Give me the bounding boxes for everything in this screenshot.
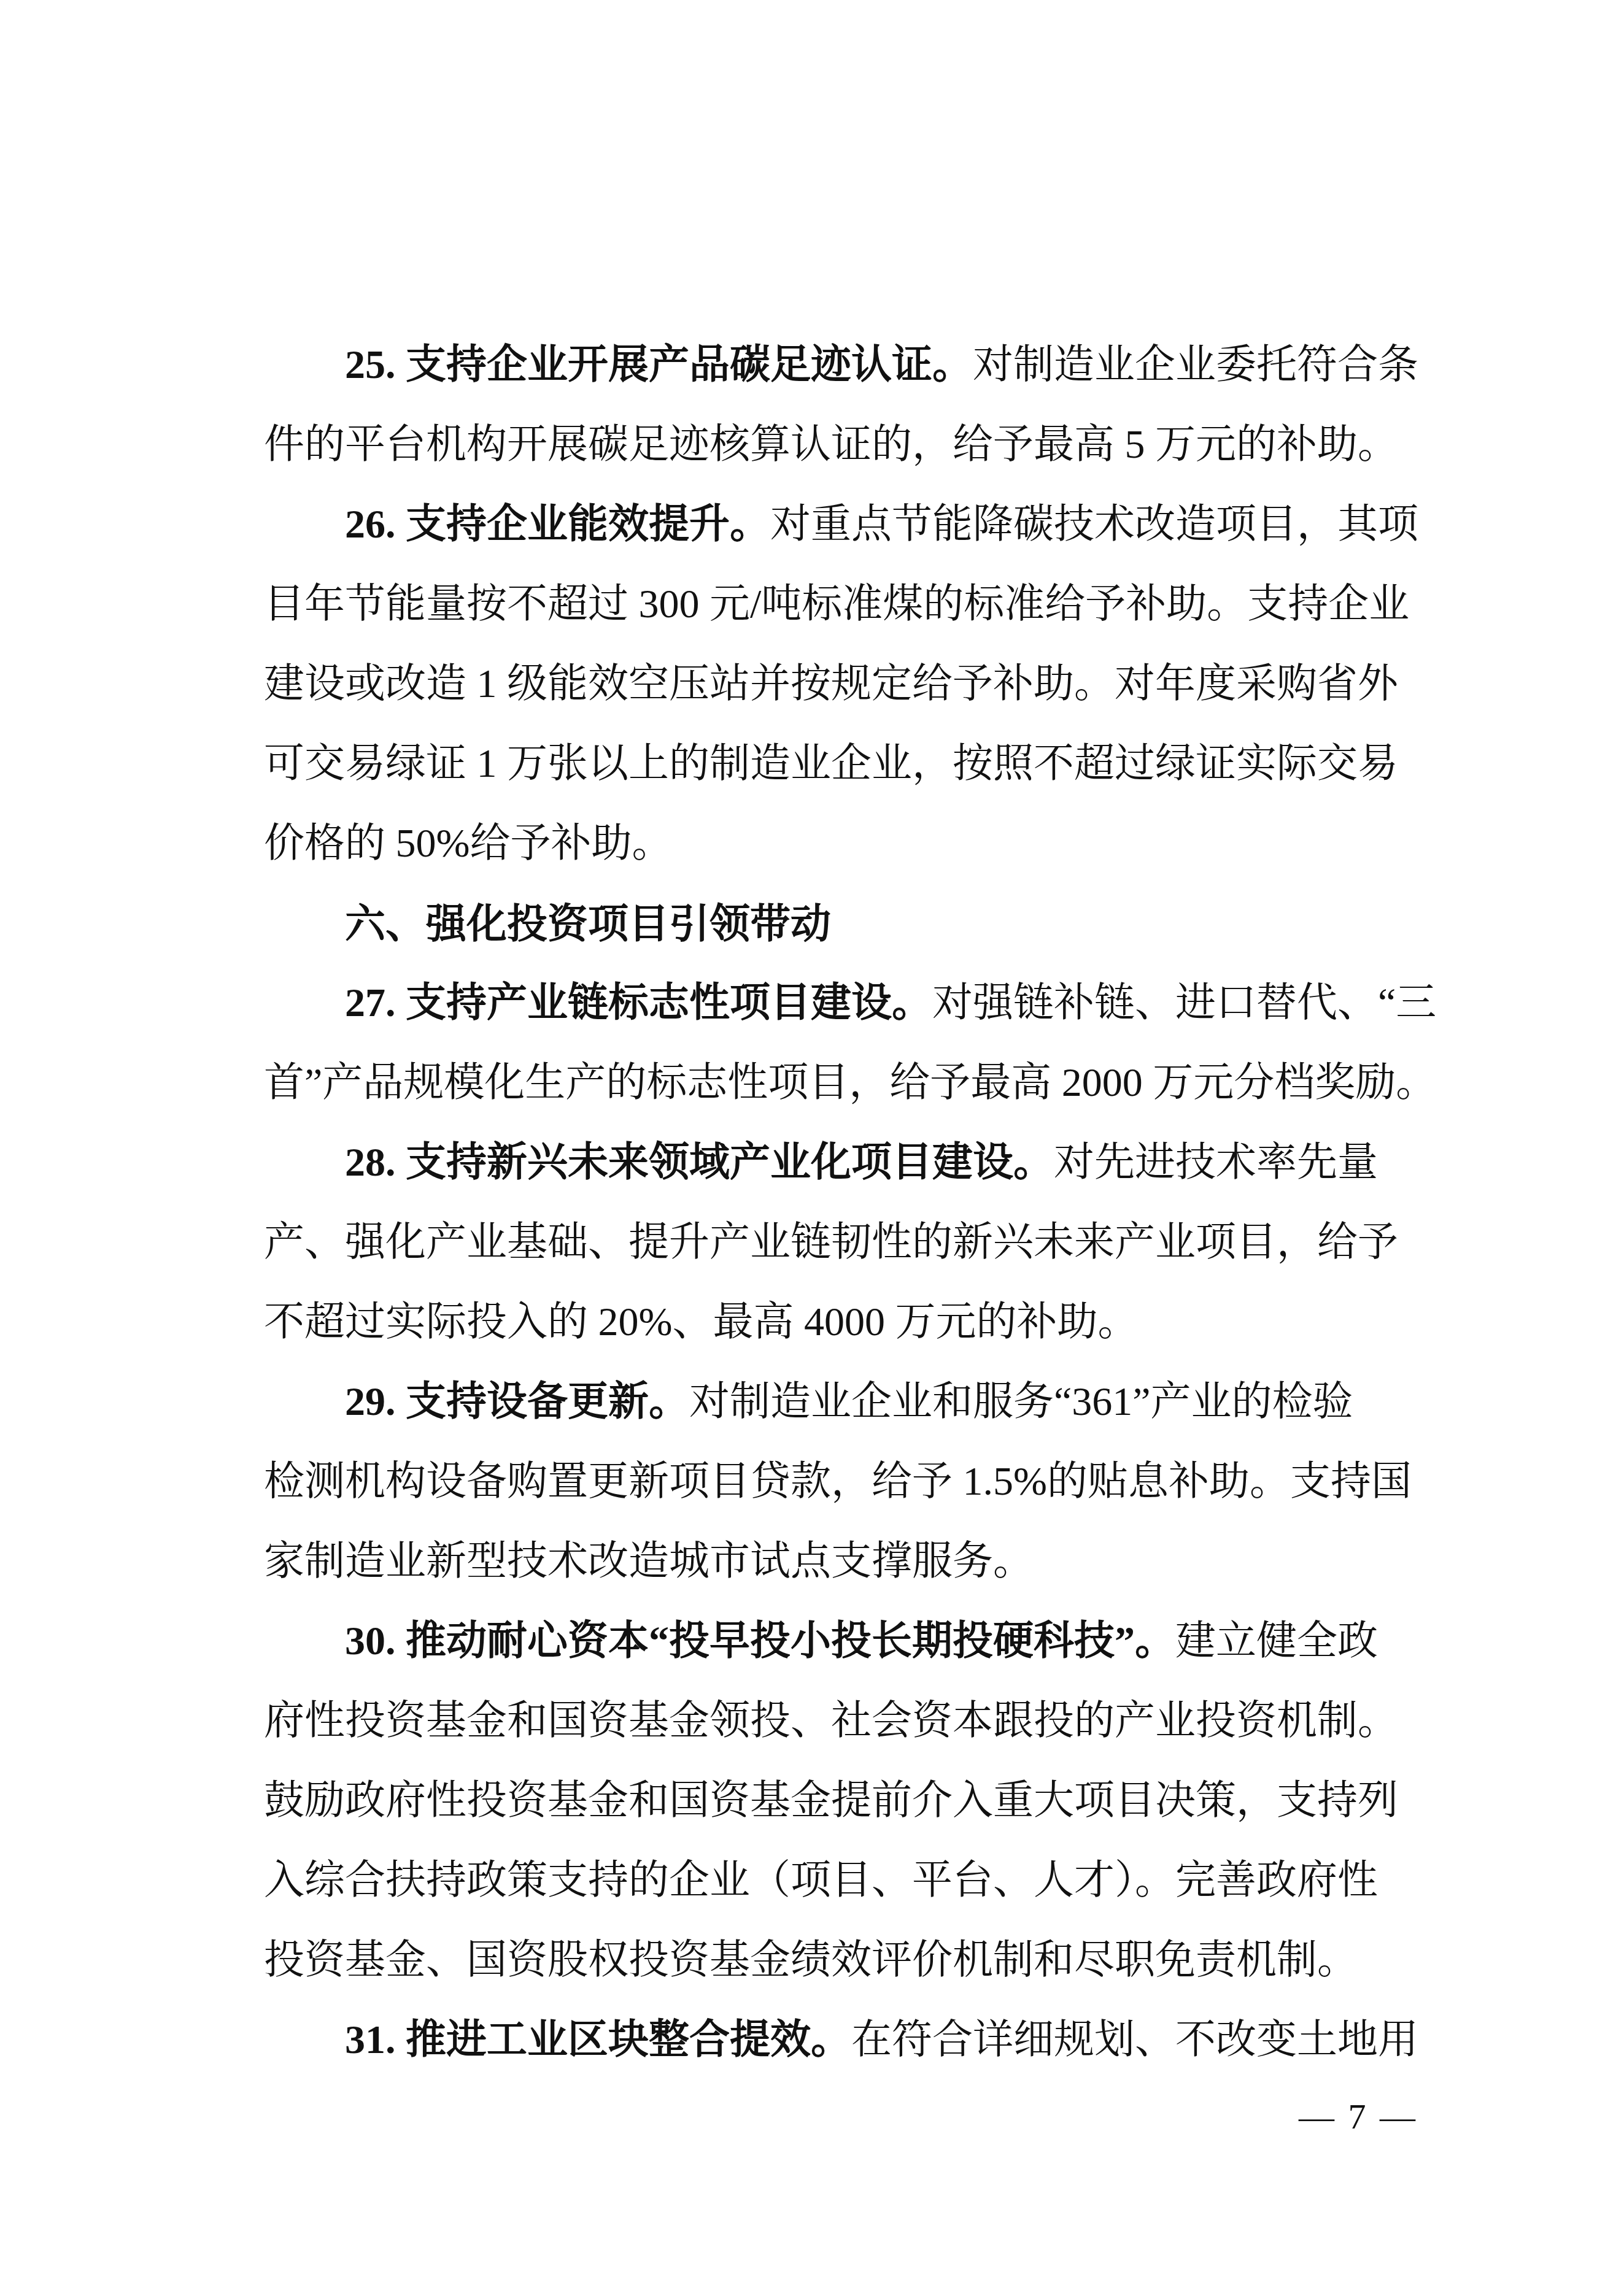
paragraph-line: 29. 支持设备更新。对制造业企业和服务“361”产业的检验: [264, 1362, 1469, 1442]
paragraph-lead-bold: 31. 推进工业区块整合提效。: [345, 2017, 851, 2062]
paragraph-line: 鼓励政府性投资基金和国资基金提前介入重大项目决策，支持列: [264, 1761, 1469, 1841]
paragraph-line: 25. 支持企业开展产品碳足迹认证。对制造业企业委托符合条: [264, 325, 1469, 405]
paragraph-text: 入综合扶持政策支持的企业（项目、平台、人才）。完善政府性: [264, 1858, 1378, 1903]
paragraph-line: 首”产品规模化生产的标志性项目，给予最高 2000 万元分档奖励。: [264, 1043, 1469, 1123]
paragraph-line: 产、强化产业基础、提升产业链韧性的新兴未来产业项目，给予: [264, 1203, 1469, 1282]
paragraph-text: 检测机构设备购置更新项目贷款，给予 1.5%的贴息补助。支持国: [264, 1459, 1412, 1504]
paragraph-text: 建设或改造 1 级能效空压站并按规定给予补助。对年度采购省外: [264, 661, 1398, 706]
paragraph-lead-bold: 27. 支持产业链标志性项目建设。: [345, 980, 932, 1025]
paragraph-text: 府性投资基金和国资基金领投、社会资本跟投的产业投资机制。: [264, 1698, 1398, 1743]
paragraph-lead-bold: 30. 推动耐心资本“投早投小投长期投硬科技”。: [345, 1619, 1175, 1663]
paragraph-text: 对制造业企业和服务“361”产业的检验: [689, 1379, 1353, 1424]
paragraph-line: 31. 推进工业区块整合提效。在符合详细规划、不改变土地用: [264, 2000, 1469, 2080]
paragraph-text: 对先进技术率先量: [1054, 1140, 1378, 1185]
paragraph-text: 对制造业企业委托符合条: [973, 342, 1418, 387]
paragraph-lead-bold: 29. 支持设备更新。: [345, 1379, 689, 1424]
document-text-block: 25. 支持企业开展产品碳足迹认证。对制造业企业委托符合条 件的平台机构开展碳足…: [264, 325, 1469, 2080]
paragraph-lead-bold: 26. 支持企业能效提升。: [345, 502, 770, 547]
paragraph-text: 目年节能量按不超过 300 元/吨标准煤的标准给予补助。支持企业: [264, 582, 1409, 626]
paragraph-line: 府性投资基金和国资基金领投、社会资本跟投的产业投资机制。: [264, 1681, 1469, 1761]
paragraph-text: 件的平台机构开展碳足迹核算认证的，给予最高 5 万元的补助。: [264, 422, 1398, 467]
section-heading-text: 六、强化投资项目引领带动: [345, 901, 831, 946]
paragraph-text: 建立健全政: [1175, 1619, 1378, 1663]
paragraph-text: 对强链补链、进口替代、“三: [932, 980, 1436, 1025]
paragraph-line: 27. 支持产业链标志性项目建设。对强链补链、进口替代、“三: [264, 963, 1469, 1043]
paragraph-text: 价格的 50%给予补助。: [264, 821, 672, 866]
paragraph-line: 入综合扶持政策支持的企业（项目、平台、人才）。完善政府性: [264, 1841, 1469, 1920]
paragraph-line: 目年节能量按不超过 300 元/吨标准煤的标准给予补助。支持企业: [264, 564, 1469, 644]
paragraph-line: 可交易绿证 1 万张以上的制造业企业，按照不超过绿证实际交易: [264, 724, 1469, 804]
page-number: — 7 —: [1299, 2077, 1418, 2157]
paragraph-text: 首”产品规模化生产的标志性项目，给予最高 2000 万元分档奖励。: [264, 1060, 1436, 1105]
paragraph-line: 不超过实际投入的 20%、最高 4000 万元的补助。: [264, 1282, 1469, 1362]
paragraph-text: 对重点节能降碳技术改造项目，其项: [770, 502, 1418, 547]
document-page: 25. 支持企业开展产品碳足迹认证。对制造业企业委托符合条 件的平台机构开展碳足…: [0, 0, 1624, 2296]
paragraph-line: 26. 支持企业能效提升。对重点节能降碳技术改造项目，其项: [264, 485, 1469, 564]
paragraph-line: 30. 推动耐心资本“投早投小投长期投硬科技”。建立健全政: [264, 1601, 1469, 1681]
paragraph-line: 检测机构设备购置更新项目贷款，给予 1.5%的贴息补助。支持国: [264, 1442, 1469, 1522]
paragraph-lead-bold: 25. 支持企业开展产品碳足迹认证。: [345, 342, 973, 387]
paragraph-line: 投资基金、国资股权投资基金绩效评价机制和尽职免责机制。: [264, 1920, 1469, 2000]
paragraph-line: 价格的 50%给予补助。: [264, 804, 1469, 884]
paragraph-text: 产、强化产业基础、提升产业链韧性的新兴未来产业项目，给予: [264, 1220, 1398, 1265]
paragraph-text: 家制造业新型技术改造城市试点支撑服务。: [264, 1539, 1034, 1584]
paragraph-text: 在符合详细规划、不改变土地用: [851, 2017, 1418, 2062]
paragraph-text: 可交易绿证 1 万张以上的制造业企业，按照不超过绿证实际交易: [264, 741, 1398, 786]
paragraph-line: 28. 支持新兴未来领域产业化项目建设。对先进技术率先量: [264, 1123, 1469, 1203]
paragraph-text: 不超过实际投入的 20%、最高 4000 万元的补助。: [264, 1300, 1138, 1344]
paragraph-line: 件的平台机构开展碳足迹核算认证的，给予最高 5 万元的补助。: [264, 405, 1469, 485]
paragraph-text: 鼓励政府性投资基金和国资基金提前介入重大项目决策，支持列: [264, 1778, 1398, 1823]
paragraph-line: 建设或改造 1 级能效空压站并按规定给予补助。对年度采购省外: [264, 644, 1469, 724]
paragraph-lead-bold: 28. 支持新兴未来领域产业化项目建设。: [345, 1140, 1054, 1185]
paragraph-line: 家制造业新型技术改造城市试点支撑服务。: [264, 1522, 1469, 1601]
section-heading: 六、强化投资项目引领带动: [264, 884, 1469, 963]
paragraph-text: 投资基金、国资股权投资基金绩效评价机制和尽职免责机制。: [264, 1938, 1358, 1982]
